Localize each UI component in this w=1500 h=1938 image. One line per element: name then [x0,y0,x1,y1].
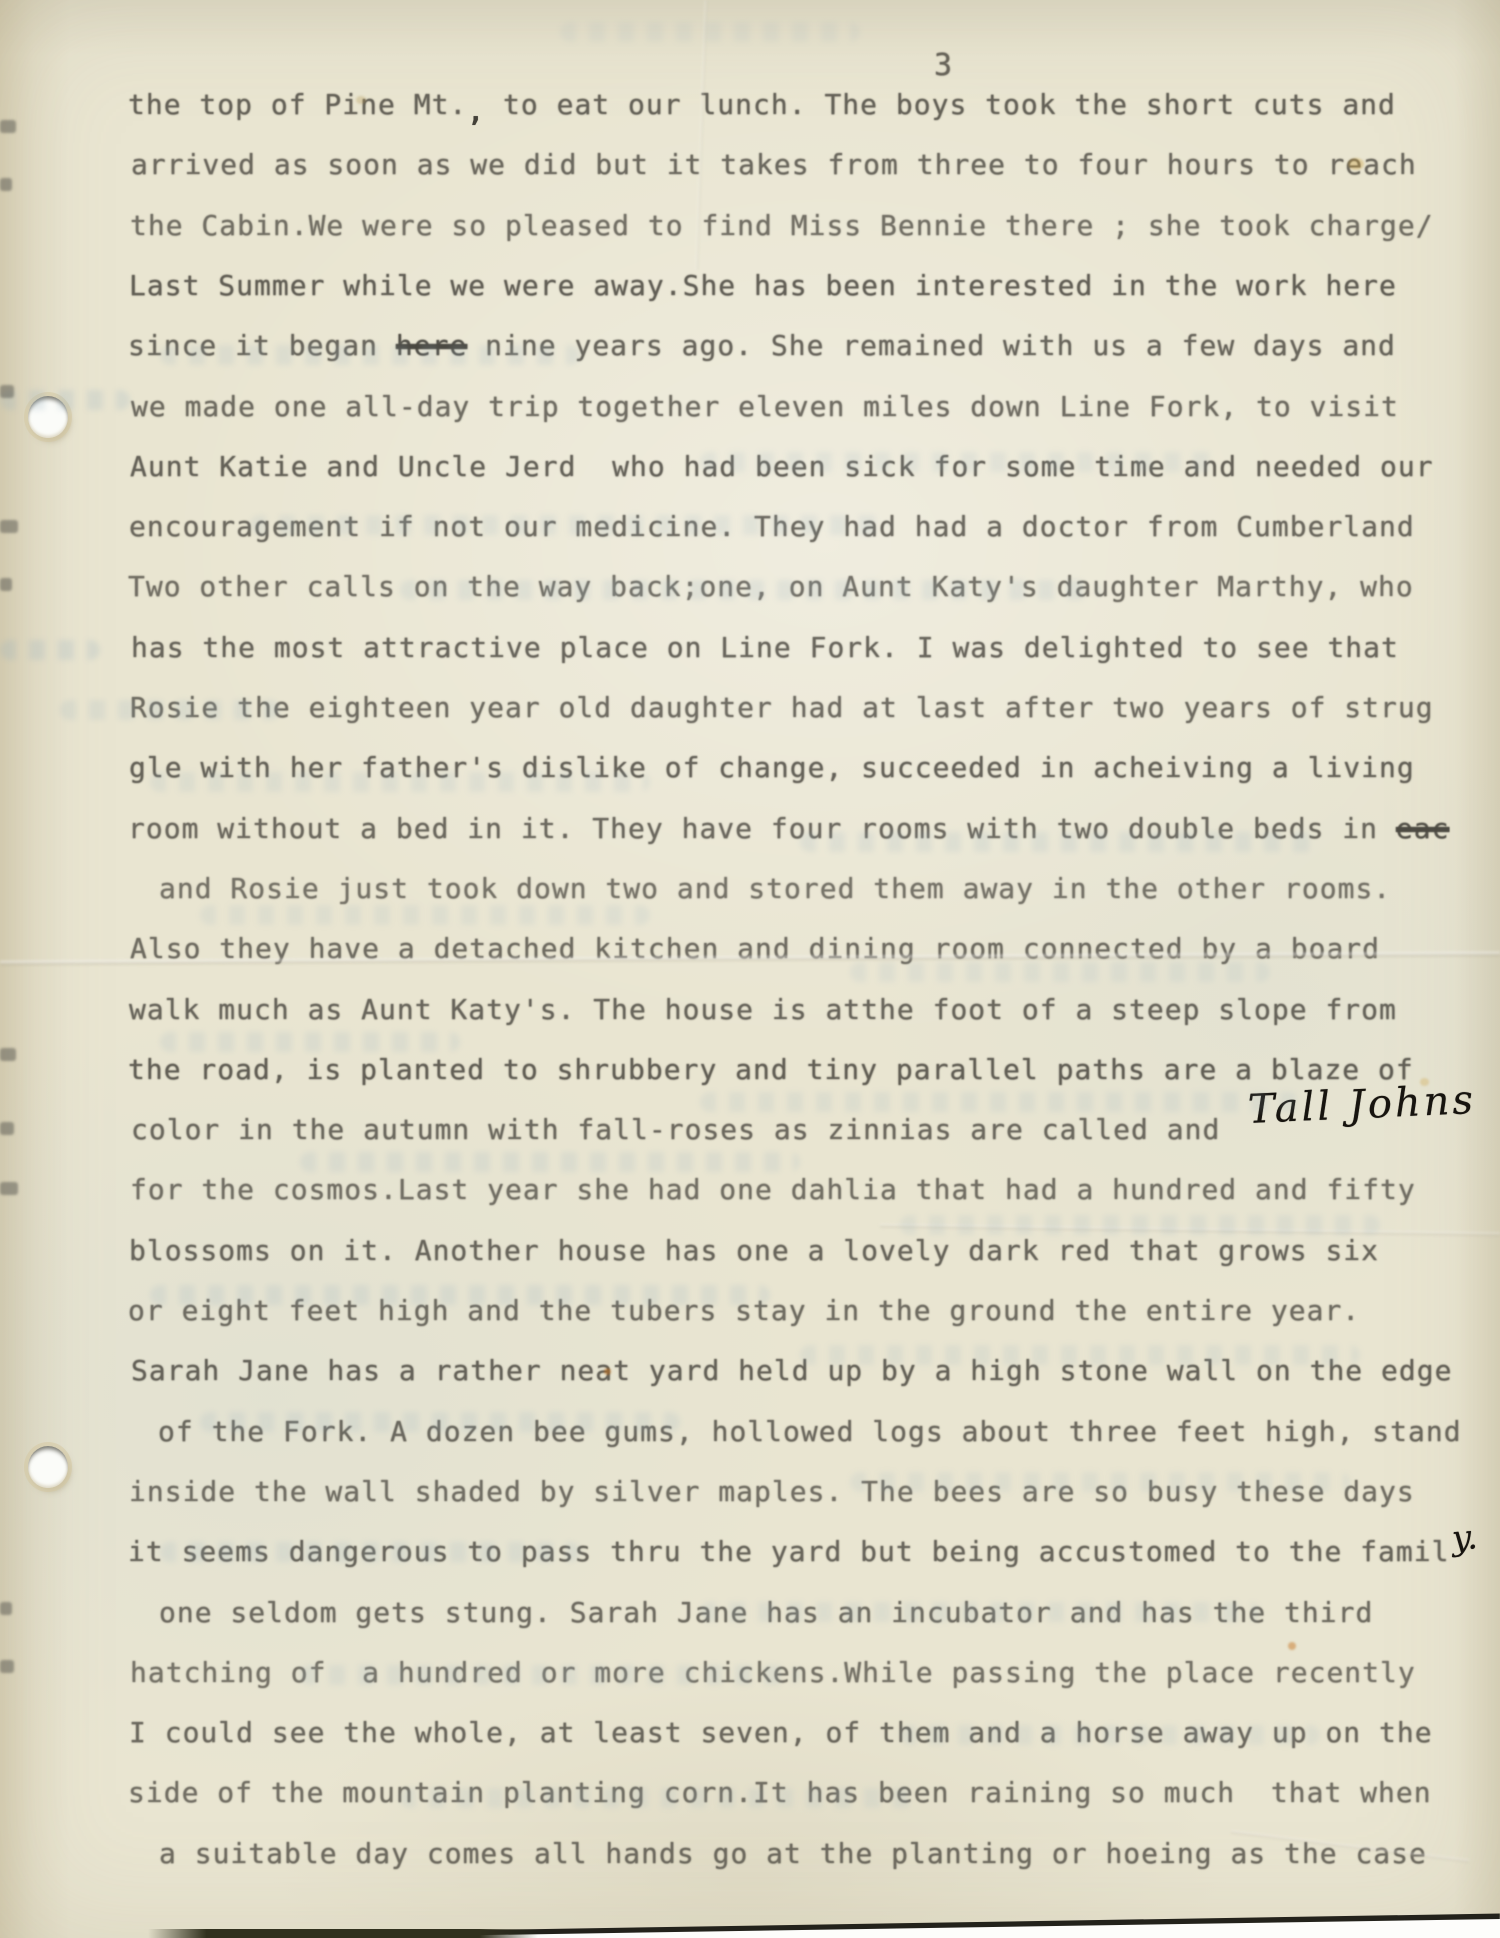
typed-text: has the most attractive place on Line Fo… [131,631,1399,665]
bleedthrough-text-ghost [700,1602,1260,1622]
typed-text: we made one all-day trip together eleven… [131,390,1399,424]
typed-text: for the cosmos.Last year she had one dah… [130,1173,1416,1207]
bleedthrough-text-ghost [150,1285,770,1305]
typed-line: and Rosie just took down two and stored … [159,872,1391,906]
bleedthrough-text-ghost [800,1345,1360,1365]
bleedthrough-text-ghost [60,700,280,720]
edge-ink-fragment [0,578,12,591]
edge-ink-fragment [0,1602,12,1615]
paper-stain [356,96,366,104]
edge-ink-fragment [0,178,12,191]
typed-text: a suitable day comes all hands go at the… [159,1837,1427,1871]
bleedthrough-text-ghost [900,1215,1380,1235]
paper-stain [1420,1078,1429,1086]
typed-line: has the most attractive place on Line Fo… [131,631,1399,665]
paper-stain [1348,158,1364,170]
bleedthrough-text-ghost [0,390,130,410]
paper-stain [604,1368,611,1375]
bleedthrough-text-ghost [160,1542,580,1562]
typed-text: the Cabin.We were so pleased to find Mis… [130,209,1434,243]
bleedthrough-text-ghost [160,345,580,365]
typed-text: nine years ago. She remained with us a f… [467,329,1396,363]
edge-ink-fragment [0,1660,14,1673]
typed-line: blossoms on it. Another house has one a … [129,1234,1379,1268]
bleedthrough-text-ghost [300,1152,800,1172]
typed-text: and Rosie just took down two and stored … [159,872,1391,906]
typed-text: color in the autumn with fall-roses as z… [131,1113,1220,1147]
typed-line: arrived as soon as we did but it takes f… [131,148,1417,182]
bleedthrough-text-ghost [200,905,650,925]
typed-text: to eat our lunch. The boys took the shor… [485,88,1396,122]
bleedthrough-text-ghost [800,832,1320,852]
bleedthrough-text-ghost [850,1472,1350,1492]
typed-text: Rosie the eighteen year old daughter had… [130,691,1434,725]
paper-stain [1288,1642,1296,1650]
pen-mark: , [467,95,485,129]
bleedthrough-text-ghost [900,1725,1320,1745]
bleedthrough-text-ghost [400,1788,920,1808]
typed-text: Last Summer while we were away.She has b… [129,269,1397,303]
typed-text: the road, is planted to shrubbery and ti… [128,1053,1414,1087]
typed-line: the road, is planted to shrubbery and ti… [128,1053,1414,1087]
typed-text: blossoms on it. Another house has one a … [129,1234,1379,1268]
bleedthrough-text-ghost [700,452,1220,472]
typed-line: a suitable day comes all hands go at the… [159,1837,1427,1871]
edge-ink-fragment [0,1122,14,1135]
struck-out-text: eac [1396,812,1450,846]
bleedthrough-text-ghost [560,22,860,42]
typed-text: walk much as Aunt Katy's. The house is a… [129,993,1397,1027]
typed-line: Rosie the eighteen year old daughter had… [130,691,1434,725]
bleedthrough-text-ghost [160,1032,460,1052]
typed-line: Last Summer while we were away.She has b… [129,269,1397,303]
typed-line: the top of Pine Mt., to eat our lunch. T… [128,88,1396,122]
page-number: 3 [934,48,952,83]
typed-line: we made one all-day trip together eleven… [131,390,1399,424]
typed-line: walk much as Aunt Katy's. The house is a… [129,993,1397,1027]
bleedthrough-text-ghost [400,580,1100,600]
bleedthrough-text-ghost [150,772,650,792]
typed-line: for the cosmos.Last year she had one dah… [130,1173,1416,1207]
typed-line: color in the autumn with fall-roses as z… [131,1113,1220,1147]
edge-ink-fragment [0,1182,18,1195]
bleedthrough-text-ghost [850,962,1270,982]
bleedthrough-text-ghost [700,1092,1300,1112]
edge-ink-fragment [0,385,14,398]
edge-ink-fragment [0,1048,16,1061]
typed-text: arrived as soon as we did but it takes f… [131,148,1417,182]
bleedthrough-text-ghost [300,1665,800,1685]
bleedthrough-text-ghost [200,1412,680,1432]
scan-bottom-shadow [148,1929,538,1938]
typed-line: the Cabin.We were so pleased to find Mis… [130,209,1434,243]
handwritten-annotation-y: y. [1451,1517,1479,1559]
edge-ink-fragment [0,520,18,533]
typed-text: the top of Pine Mt. [128,88,467,122]
edge-ink-fragment [0,120,16,133]
bleedthrough-text-ghost [0,640,100,660]
scanned-letter-page: 3 the top of Pine Mt., to eat our lunch.… [0,0,1500,1938]
punch-hole-bottom [28,1446,68,1488]
bleedthrough-text-ghost [250,515,890,535]
